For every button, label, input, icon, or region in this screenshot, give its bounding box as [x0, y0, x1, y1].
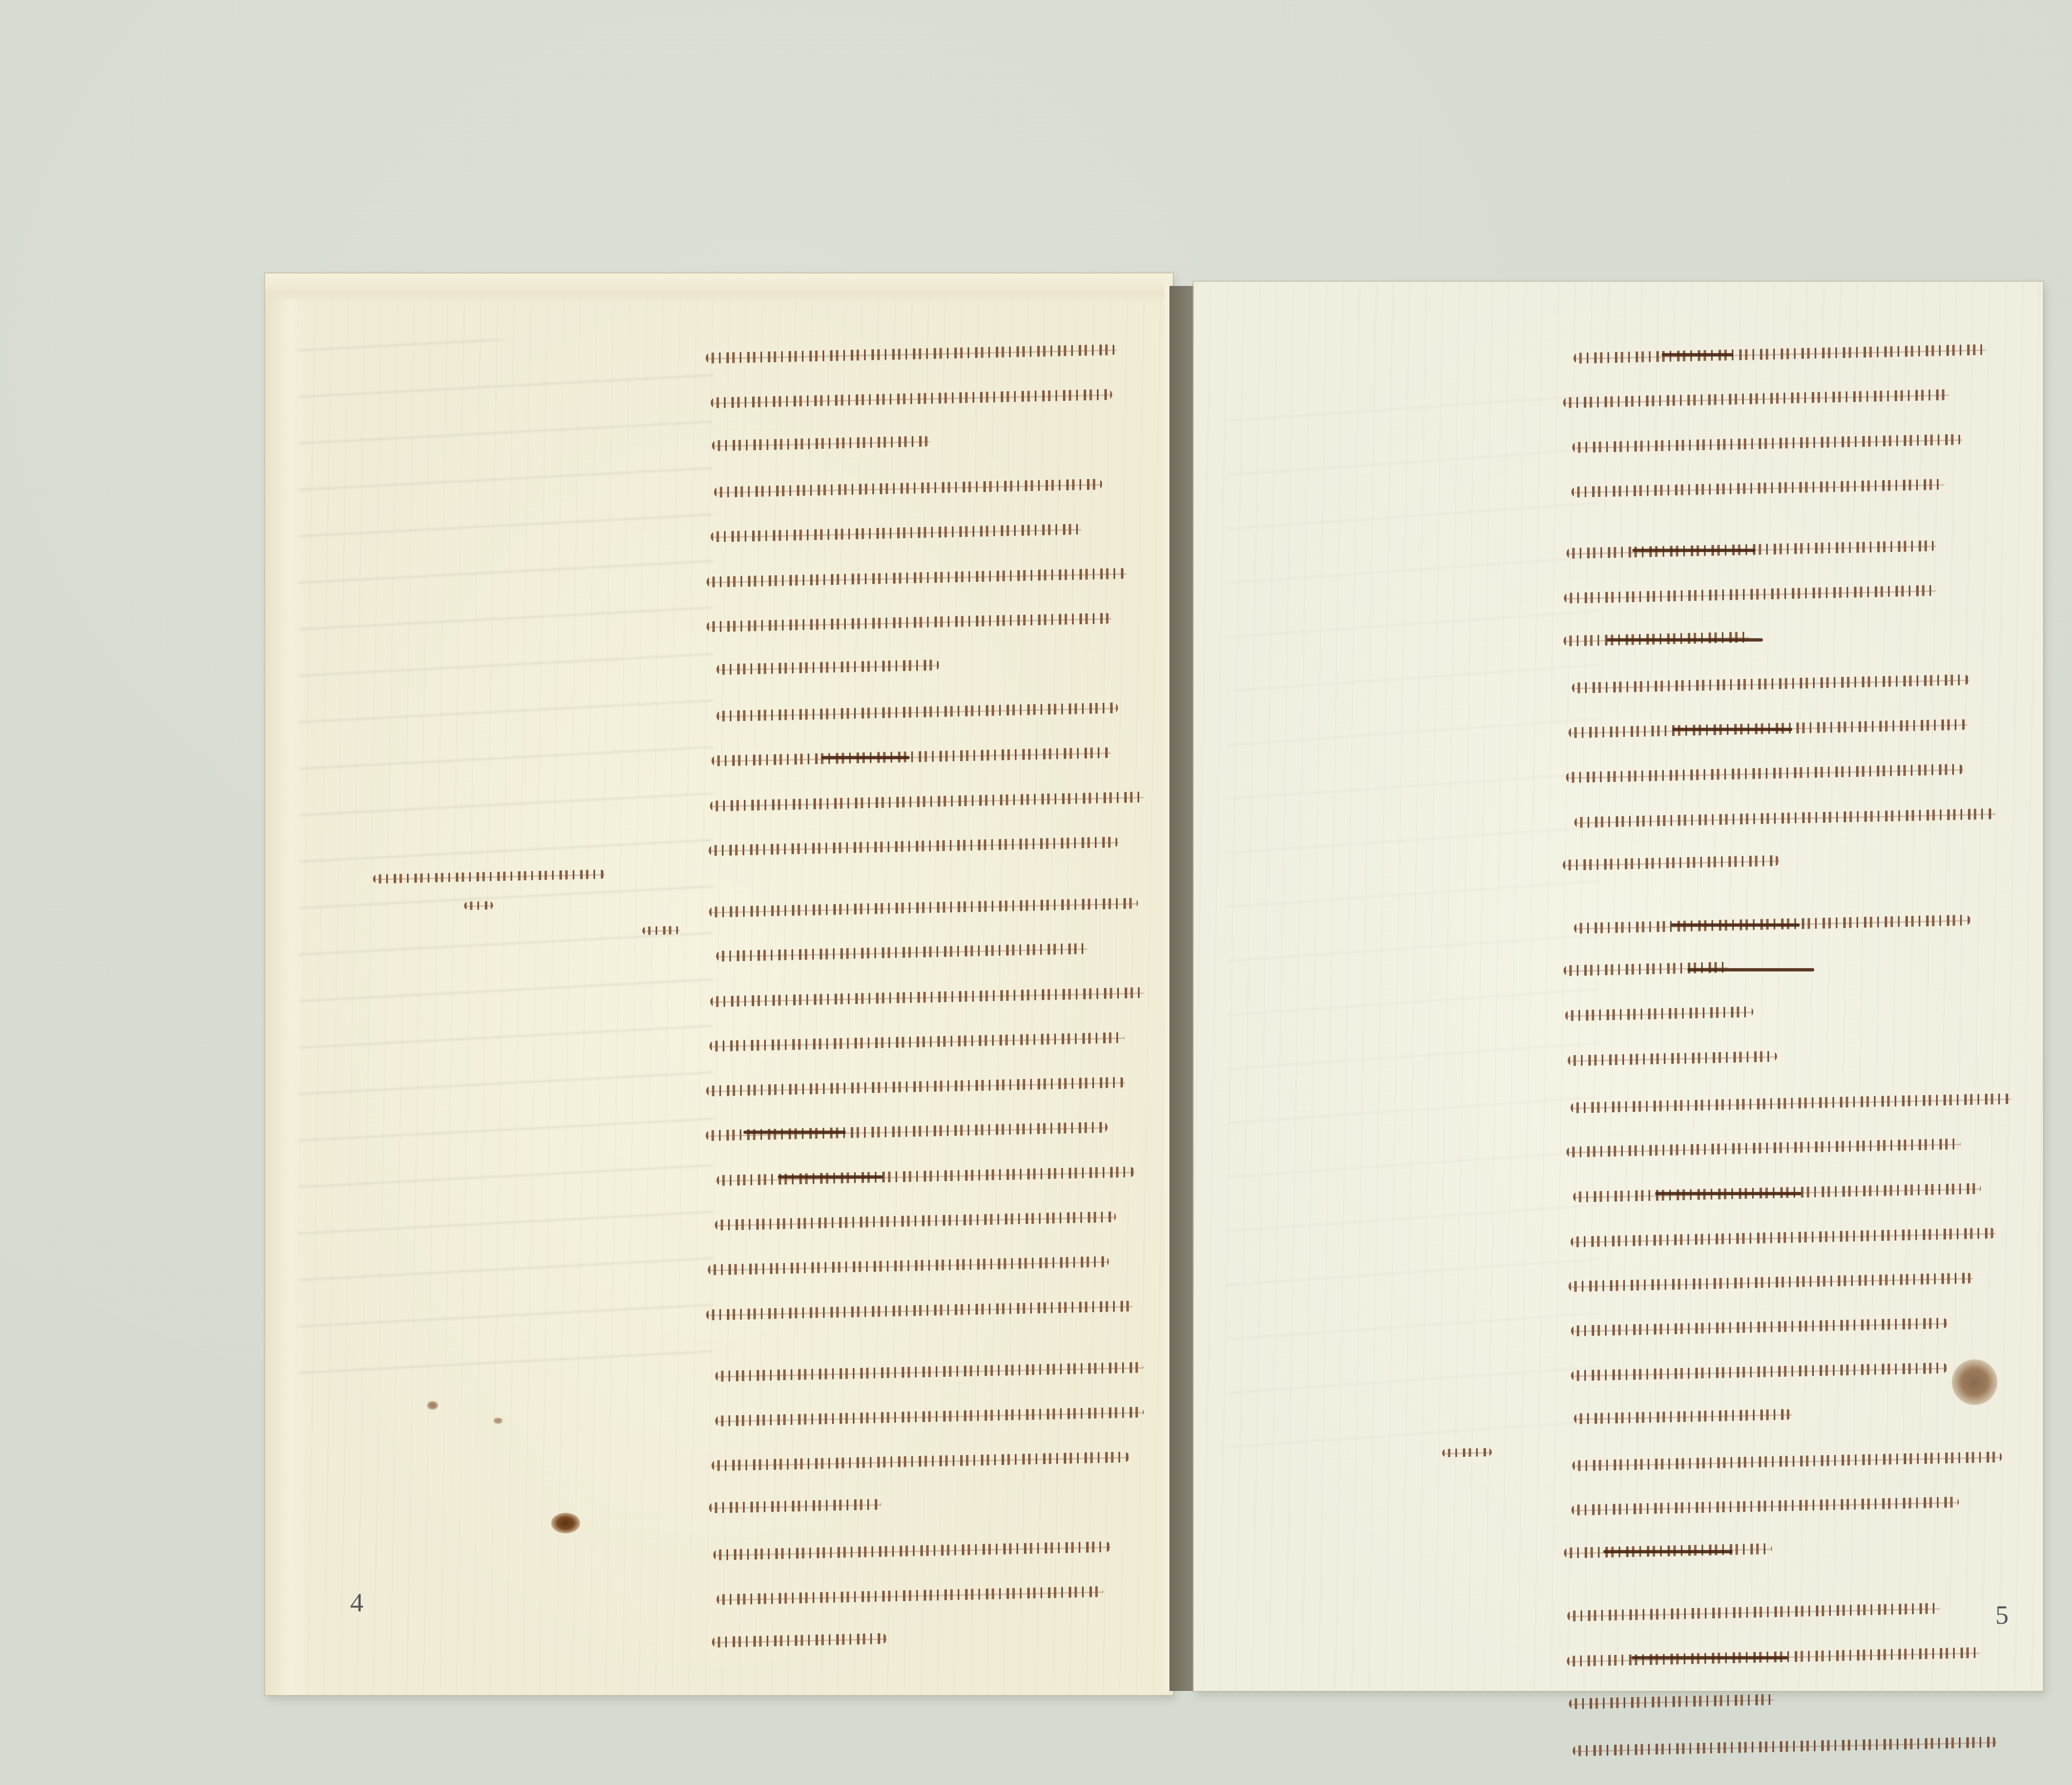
ink-stroke	[1569, 1694, 1774, 1709]
handwritten-line	[704, 1288, 1144, 1333]
ink-stroke	[1563, 855, 1779, 871]
handwritten-line	[1562, 1036, 2022, 1081]
ink-stroke	[1571, 479, 1944, 498]
handwritten-line	[704, 824, 1144, 869]
handwritten-line	[1562, 617, 2022, 661]
ink-stroke	[1566, 1138, 1961, 1158]
handwritten-line	[704, 930, 1144, 975]
handwritten-line	[1562, 1590, 2022, 1635]
ink-stroke	[1571, 1318, 1948, 1336]
handwritten-line	[1562, 1635, 2022, 1679]
handwritten-line	[704, 1154, 1144, 1199]
ink-stroke	[709, 898, 1138, 918]
ink-stroke	[708, 1256, 1109, 1275]
handwritten-line	[704, 555, 1144, 600]
handwritten-line	[1562, 1724, 2022, 1769]
ink-stroke	[711, 389, 1112, 408]
handwritten-line	[1562, 947, 2022, 991]
handwritten-line	[704, 466, 1144, 511]
ink-stroke	[1567, 1603, 1940, 1622]
ink-stroke	[709, 1499, 881, 1514]
right-page-text-column	[1562, 332, 2022, 1769]
ink-stroke	[713, 1541, 1110, 1560]
strikethrough	[1671, 923, 1800, 927]
ink-stroke	[714, 479, 1102, 498]
handwritten-line	[704, 975, 1144, 1020]
strikethrough	[1631, 1656, 1789, 1659]
ink-stroke	[1573, 344, 1986, 364]
handwritten-line	[1562, 1439, 2022, 1484]
ink-stroke	[715, 1407, 1144, 1427]
handwritten-line	[1562, 840, 2022, 885]
handwritten-line	[704, 645, 1144, 690]
handwritten-line	[704, 1394, 1144, 1439]
ink-stroke	[712, 1633, 886, 1648]
handwritten-line	[1562, 572, 2022, 617]
ink-stroke	[1571, 1362, 1947, 1381]
handwritten-line	[704, 1528, 1144, 1573]
handwritten-line	[704, 332, 1144, 376]
left-page-text-column	[704, 332, 1144, 1663]
strikethrough	[1655, 1192, 1801, 1195]
ink-stain	[551, 1513, 580, 1533]
handwritten-line	[704, 1349, 1144, 1394]
handwritten-line	[704, 779, 1144, 824]
handwritten-line	[1562, 1170, 2022, 1215]
handwritten-line	[704, 1109, 1144, 1154]
handwritten-line	[704, 1484, 1144, 1528]
handwritten-line	[704, 1439, 1144, 1484]
strikethrough	[1603, 1550, 1732, 1553]
ink-stroke	[706, 1077, 1125, 1096]
ink-stroke	[1571, 1093, 2011, 1113]
handwritten-line	[704, 1243, 1144, 1288]
handwritten-line	[1562, 466, 2022, 511]
ink-stroke	[1571, 1497, 1959, 1516]
handwritten-line	[1562, 1081, 2022, 1126]
handwritten-line	[704, 1064, 1144, 1109]
handwritten-line	[704, 1020, 1144, 1064]
ink-stroke	[710, 987, 1144, 1007]
ink-blot	[1952, 1359, 1997, 1405]
ink-stroke	[1572, 1451, 2002, 1471]
handwritten-line	[704, 511, 1144, 555]
ink-stroke	[715, 1362, 1144, 1382]
handwritten-line	[1562, 991, 2022, 1036]
ink-stroke	[1574, 808, 1995, 828]
folio-number-left: 4	[350, 1587, 363, 1618]
ink-speck	[427, 1401, 438, 1410]
handwritten-line	[1562, 1484, 2022, 1528]
ink-speck	[493, 1417, 503, 1424]
ink-stroke	[1563, 389, 1949, 408]
strikethrough	[1687, 968, 1815, 971]
ink-stroke	[716, 1586, 1104, 1605]
strikethrough	[1673, 728, 1793, 731]
ink-bleed-through	[1227, 373, 1600, 1451]
handwritten-line	[704, 376, 1144, 421]
ink-stroke	[707, 568, 1127, 587]
handwritten-line	[704, 1199, 1144, 1243]
ink-stroke	[707, 613, 1112, 632]
handwritten-line	[704, 1618, 1144, 1663]
strikethrough	[778, 1175, 883, 1179]
handwritten-line	[1562, 1260, 2022, 1305]
ink-stroke	[1574, 1409, 1792, 1424]
folio-number-right: 5	[1995, 1600, 2009, 1630]
ink-stroke	[711, 1451, 1129, 1471]
handwritten-line	[1562, 661, 2022, 706]
ink-stroke	[1572, 434, 1962, 453]
strikethrough	[743, 1131, 846, 1134]
ink-stroke	[711, 747, 1111, 766]
handwritten-line	[1562, 1126, 2022, 1170]
strikethrough	[821, 756, 910, 759]
binding-gutter	[1169, 286, 1195, 1691]
ink-stroke	[709, 1032, 1124, 1052]
strikethrough	[1607, 638, 1763, 642]
handwritten-line	[1562, 527, 2022, 572]
ink-stroke	[1572, 674, 1969, 693]
strikethrough	[1632, 549, 1755, 552]
ink-stroke	[706, 344, 1117, 364]
ink-stroke	[716, 659, 939, 675]
strikethrough	[1662, 353, 1733, 356]
handwritten-line	[1562, 1679, 2022, 1724]
ink-stroke	[716, 943, 1087, 962]
handwritten-line	[704, 421, 1144, 466]
ink-stroke	[711, 524, 1082, 543]
handwritten-line	[704, 1573, 1144, 1618]
ink-stroke	[715, 1211, 1116, 1230]
ink-stroke	[709, 837, 1119, 856]
right-margin-note	[1442, 1438, 1508, 1467]
handwritten-line	[1562, 1305, 2022, 1349]
ink-stroke	[1564, 585, 1936, 604]
handwritten-line	[1562, 332, 2022, 376]
handwritten-line	[1562, 902, 2022, 947]
handwritten-line	[704, 885, 1144, 930]
ink-stroke	[1571, 1228, 1996, 1247]
ink-stroke	[706, 1301, 1133, 1320]
ink-stroke	[710, 792, 1144, 811]
ink-stroke	[1569, 1273, 1973, 1292]
handwritten-line	[704, 690, 1144, 734]
handwritten-line	[1562, 1528, 2022, 1573]
handwritten-line	[1562, 421, 2022, 466]
handwritten-line	[1562, 376, 2022, 421]
handwritten-line	[704, 600, 1144, 645]
ink-stroke	[1566, 764, 1964, 783]
left-margin-word	[642, 916, 692, 945]
ink-stroke	[712, 436, 929, 451]
left-margin-note	[373, 862, 622, 920]
handwritten-line	[1562, 1215, 2022, 1260]
handwritten-line	[1562, 706, 2022, 751]
handwritten-line	[1562, 1394, 2022, 1439]
ink-stroke	[716, 702, 1118, 722]
handwritten-line	[704, 734, 1144, 779]
ink-stroke	[1568, 1051, 1777, 1066]
ink-bleed-through	[298, 340, 713, 1376]
handwritten-line	[1562, 796, 2022, 840]
ink-stroke	[1573, 1737, 1997, 1756]
ink-stroke	[1565, 1006, 1754, 1021]
handwritten-line	[1562, 751, 2022, 796]
page-top-edge	[265, 274, 1173, 303]
